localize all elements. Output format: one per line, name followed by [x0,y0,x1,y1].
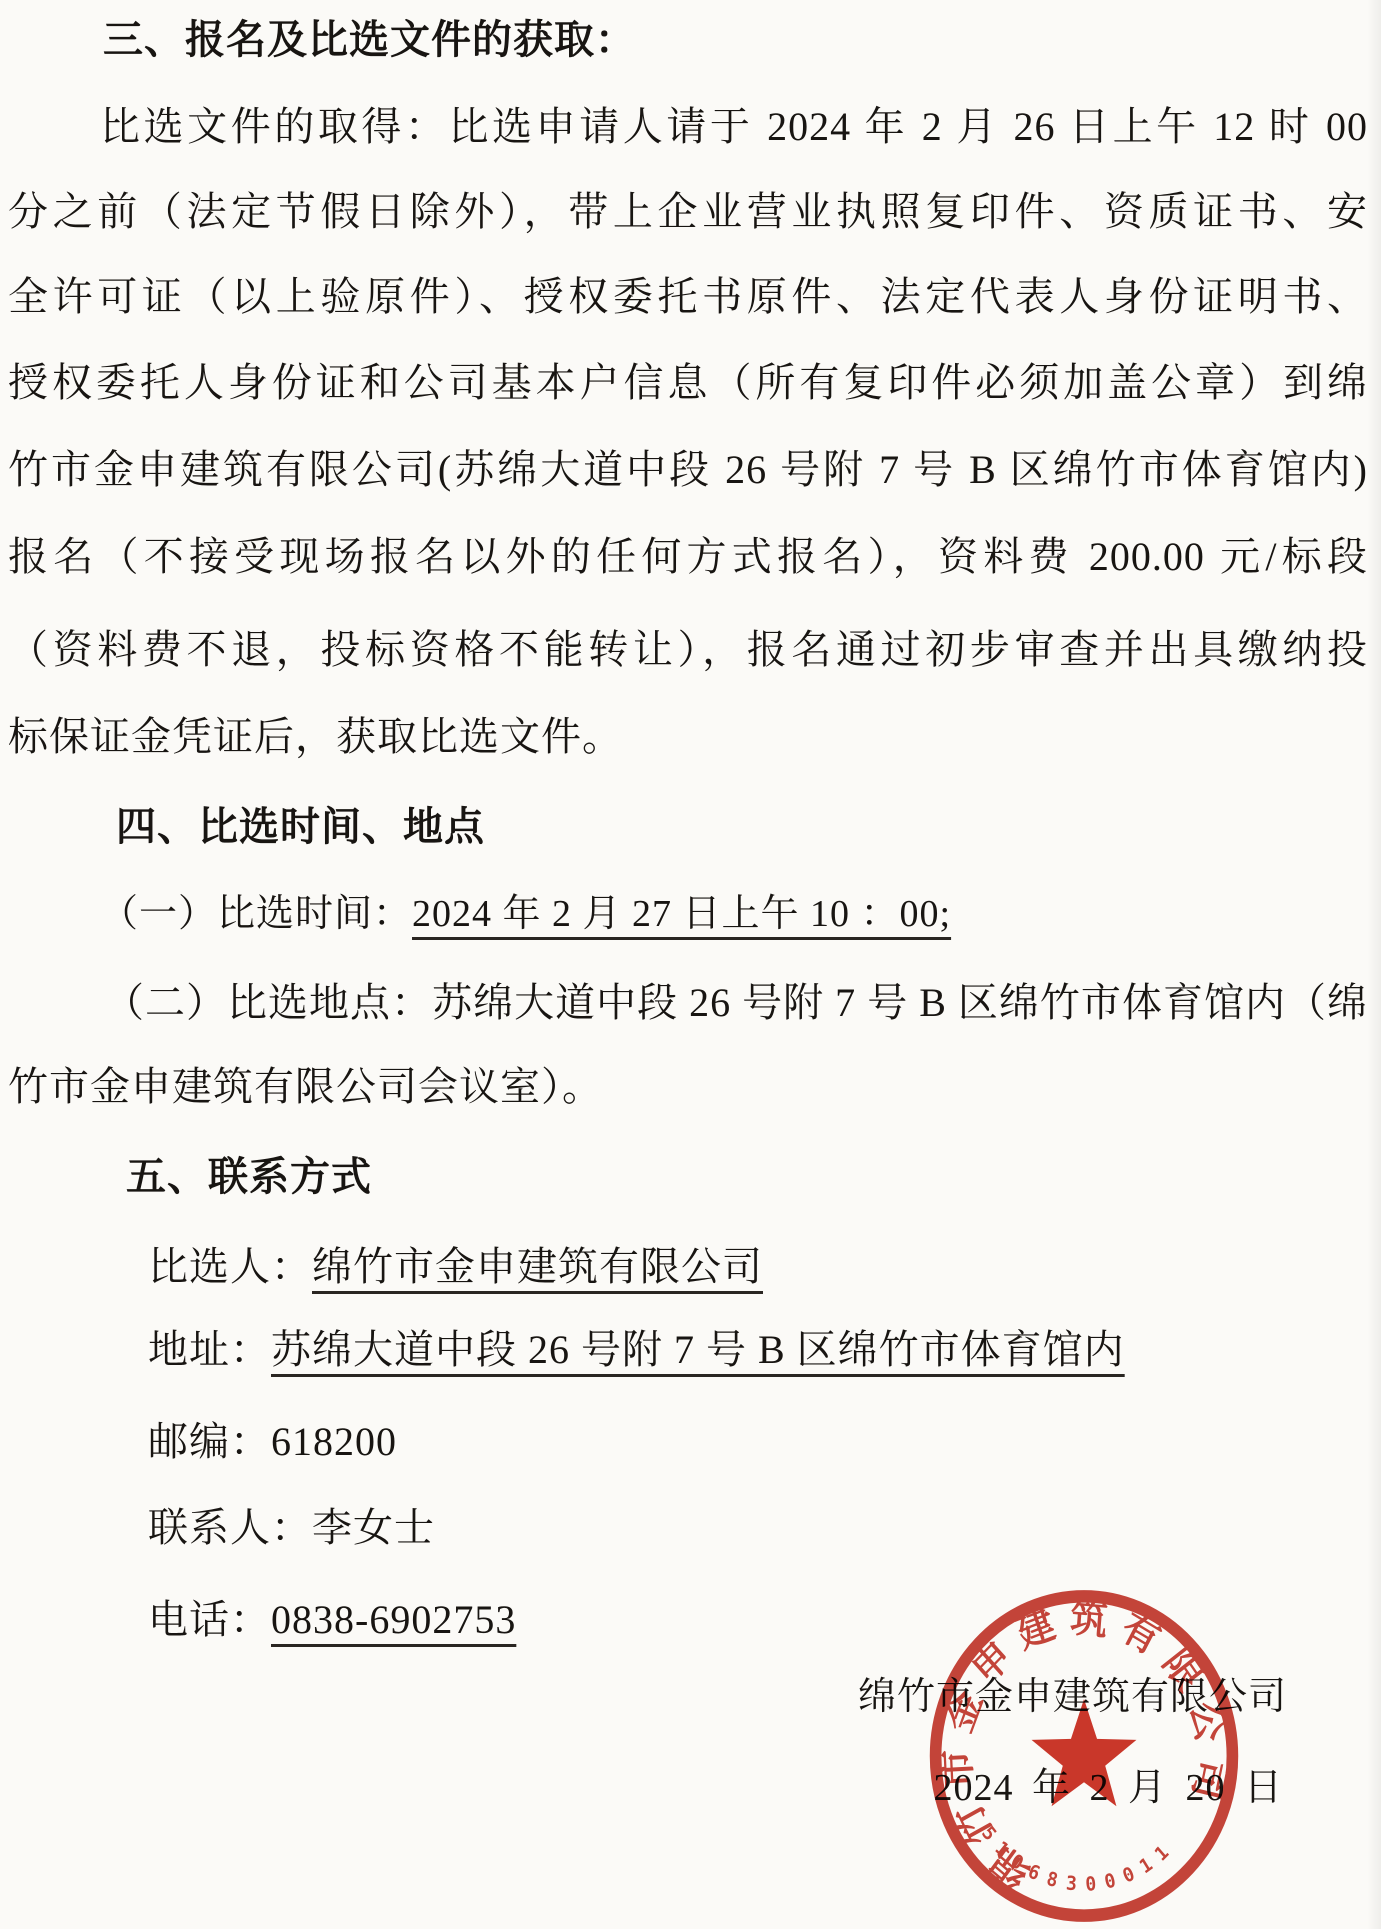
contact-company-label: 比选人： [148,1244,312,1289]
paragraph-line: 分之前（法定节假日除外），带上企业营业执照复印件、资质证书、安 [8,186,1368,238]
contact-phone-value: 0838-6902753 [271,1597,516,1642]
contact-company-line: 比选人：绵竹市金申建筑有限公司 [8,1241,1368,1293]
paragraph-line: 标保证金凭证后，获取比选文件。 [8,711,1368,763]
contact-address-line: 地址：苏绵大道中段 26 号附 7 号 B 区绵竹市体育馆内 [8,1324,1368,1376]
paragraph-line: 报名（不接受现场报名以外的任何方式报名），资料费 200.00 元/标段 [8,531,1368,583]
contact-postcode-value: 618200 [271,1419,397,1464]
selection-time-line: （一）比选时间：2024 年 2 月 27 日上午 10 ：00; [8,888,1368,940]
contact-person-label: 联系人： [148,1505,312,1550]
signature-company: 绵竹市金申建筑有限公司 [8,1671,1368,1723]
paragraph-line: 授权委托人身份证和公司基本户信息（所有复印件必须加盖公章）到绵 [8,357,1368,409]
selection-place-line-2: 竹市金申建筑有限公司会议室）。 [8,1061,1368,1113]
document-page: 三、报名及比选文件的获取： 比选文件的取得：比选申请人请于 2024 年 2 月… [0,0,1381,1929]
selection-place-line-1: （二）比选地点：苏绵大道中段 26 号附 7 号 B 区绵竹市体育馆内（绵 [8,977,1368,1029]
paragraph-line: 全许可证（以上验原件）、授权委托书原件、法定代表人身份证明书、 [8,271,1368,323]
contact-person-line: 联系人：李女士 [8,1502,1368,1554]
contact-address-label: 地址： [148,1327,271,1372]
section5-heading: 五、联系方式 [8,1151,1368,1203]
contact-phone-label: 电话： [148,1597,271,1642]
selection-time-value: 2024 年 2 月 27 日上午 10 ：00; [412,893,951,935]
contact-person-value: 李女士 [312,1505,435,1550]
contact-phone-line: 电话：0838-6902753 [8,1594,1368,1646]
contact-address-value: 苏绵大道中段 26 号附 7 号 B 区绵竹市体育馆内 [271,1327,1125,1372]
contact-company-value: 绵竹市金申建筑有限公司 [312,1244,763,1289]
contact-postcode-label: 邮编： [148,1419,271,1464]
section3-heading: 三、报名及比选文件的获取： [8,14,1368,66]
selection-time-label: （一）比选时间： [100,893,412,935]
seal-serial-number: 51068300011 [977,1823,1180,1897]
section4-heading: 四、比选时间、地点 [8,801,1368,853]
paragraph-line: （资料费不退，投标资格不能转让），报名通过初步审查并出具缴纳投 [8,624,1368,676]
contact-postcode-line: 邮编：618200 [8,1416,1368,1468]
paragraph-line: 比选文件的取得：比选申请人请于 2024 年 2 月 26 日上午 12 时 0… [8,101,1368,153]
signature-date: 2024 年 2 月 20 日 [8,1762,1368,1814]
paragraph-line: 竹市金申建筑有限公司(苏绵大道中段 26 号附 7 号 B 区绵竹市体育馆内) [8,444,1368,496]
